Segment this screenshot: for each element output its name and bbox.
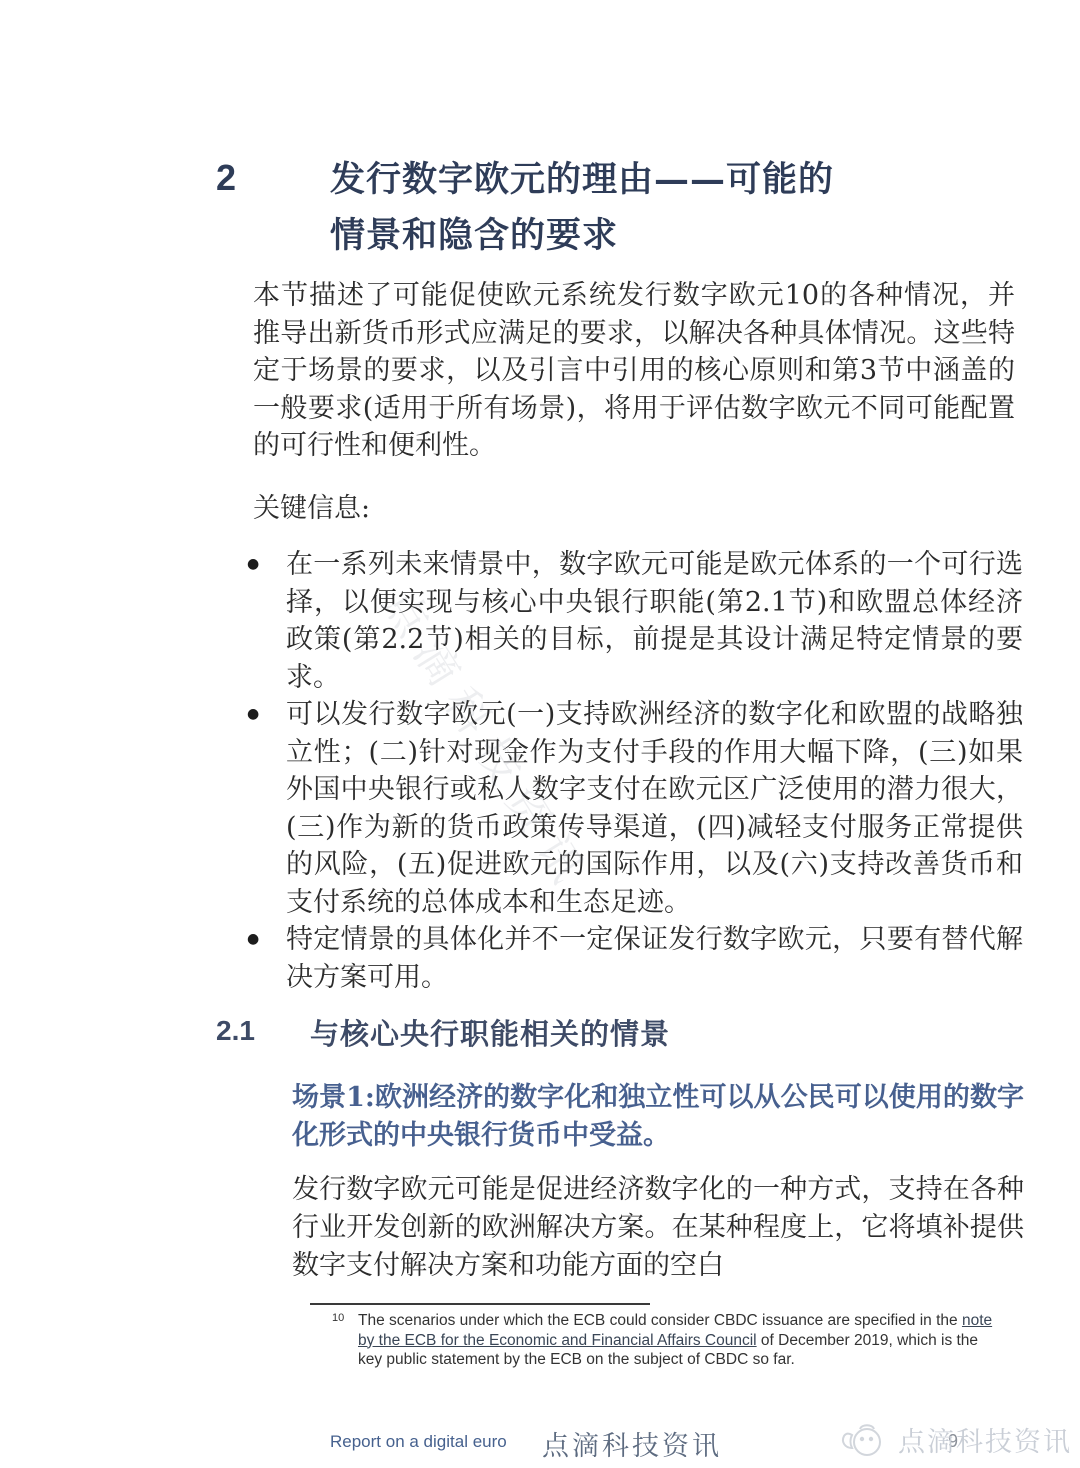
corner-watermark-text: 点滴科技资讯: [898, 1420, 1072, 1459]
chapter-number: 2: [216, 157, 236, 199]
footer-brand: 点滴科技资讯: [542, 1424, 722, 1463]
chapter-title: 发行数字欧元的理由——可能的 情景和隐含的要求: [330, 152, 930, 264]
bullet-item: 可以发行数字欧元(一)支持欧洲经济的数字化和欧盟的战略独立性；(二)针对现金作为…: [253, 696, 1023, 921]
subsection-title: 与核心央行职能相关的情景: [310, 1012, 670, 1053]
footnote-text-before-link: The scenarios under which the ECB could …: [358, 1312, 962, 1329]
chapter-title-line1: 发行数字欧元的理由——可能的: [330, 159, 834, 200]
footnote: 10The scenarios under which the ECB coul…: [332, 1311, 994, 1370]
footnote-separator: [310, 1303, 650, 1305]
subsection-number: 2.1: [216, 1015, 255, 1047]
bullet-item: 在一系列未来情景中，数字欧元可能是欧元体系的一个可行选择，以便实现与核心中央银行…: [253, 546, 1023, 696]
bullet-item: 特定情景的具体化并不一定保证发行数字欧元，只要有替代解决方案可用。: [253, 921, 1023, 996]
intro-paragraph: 本节描述了可能促使欧元系统发行数字欧元10的各种情况，并推导出新货币形式应满足的…: [253, 277, 1015, 465]
page-number: 9: [948, 1431, 958, 1452]
key-info-label: 关键信息:: [253, 486, 370, 525]
key-info-bullet-list: 在一系列未来情景中，数字欧元可能是欧元体系的一个可行选择，以便实现与核心中央银行…: [253, 546, 1023, 996]
droplet-logo-icon: [840, 1418, 892, 1460]
scenario-heading: 场景1:欧洲经济的数字化和独立性可以从公民可以使用的数字化形式的中央银行货币中受…: [292, 1079, 1024, 1154]
footnote-number: 10: [332, 1309, 344, 1329]
footer-report-title: Report on a digital euro: [330, 1432, 507, 1452]
scenario-paragraph: 发行数字欧元可能是促进经济数字化的一种方式，支持在各种行业开发创新的欧洲解决方案…: [292, 1171, 1024, 1285]
chapter-title-line2: 情景和隐含的要求: [330, 215, 618, 256]
document-page: 2 发行数字欧元的理由——可能的 情景和隐含的要求 本节描述了可能促使欧元系统发…: [0, 0, 1080, 1468]
